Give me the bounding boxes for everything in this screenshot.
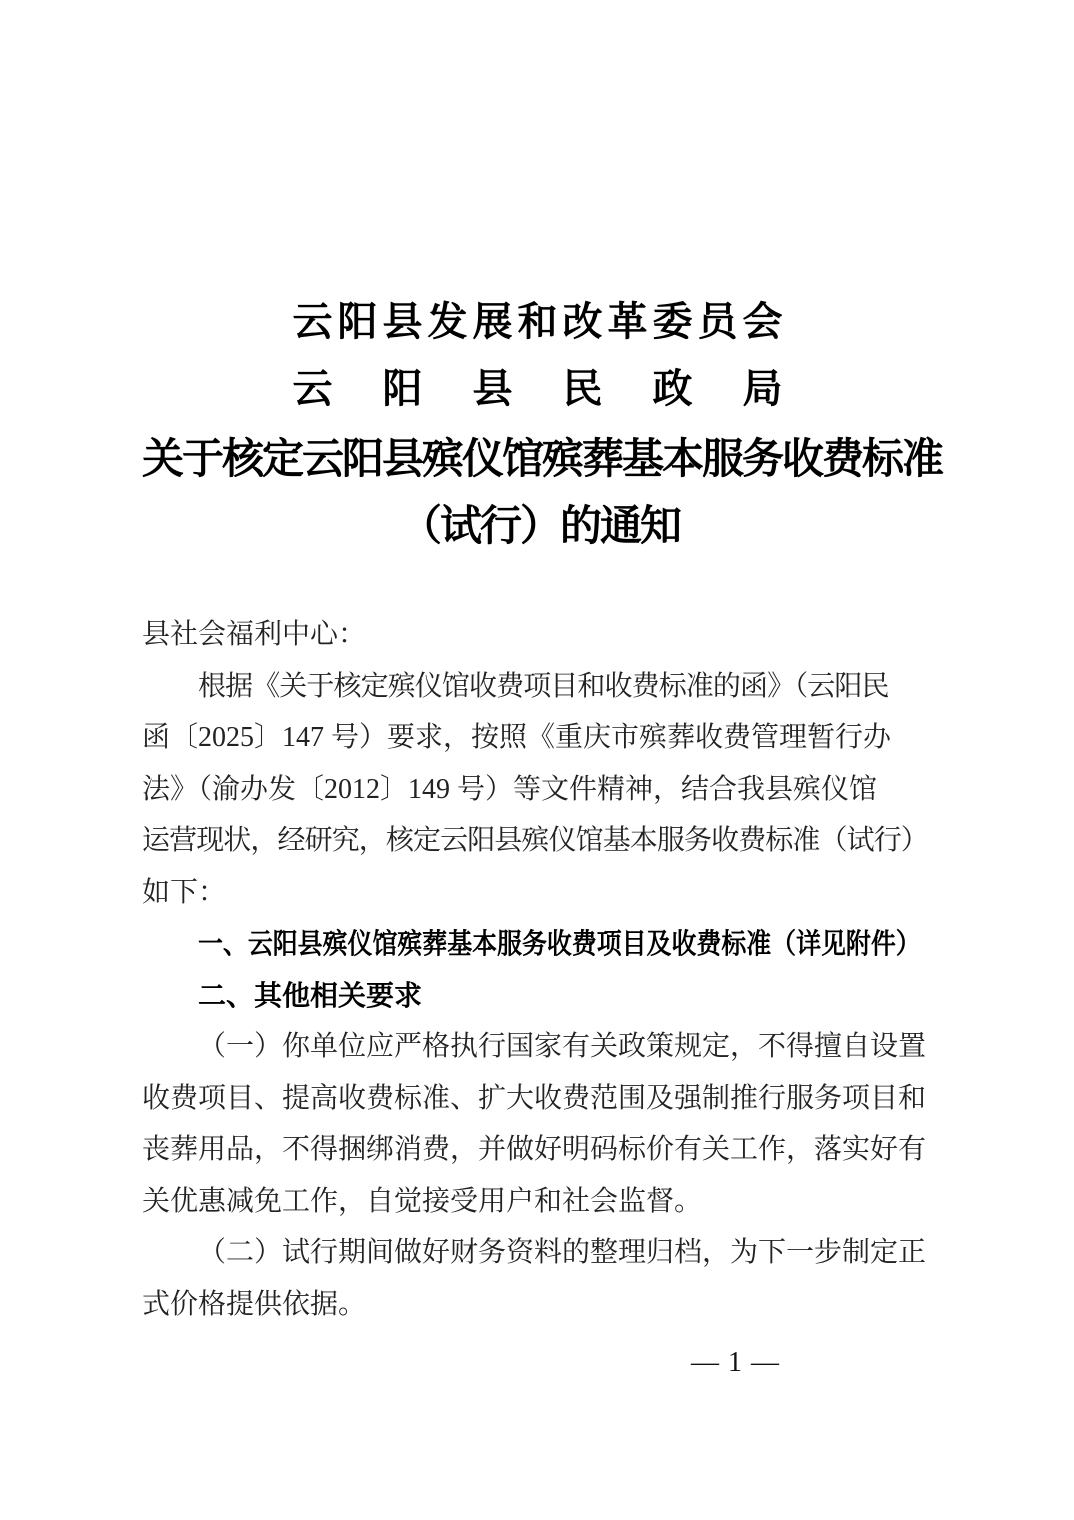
section-2-heading: 二、其他相关要求 [142,970,938,1022]
doc-title-line-2: （试行）的通知 [142,494,938,561]
doc-title-line-1: 关于核定云阳县殡仪馆殡葬基本服务收费标准 [142,427,938,494]
section-1-heading-text: 一、云阳县殡仪馆殡葬基本服务收费项目及收费标准（详见附件） [198,918,921,970]
doc-header: 云阳县发展和改革委员会 云 阳 县 民 政 局 关于核定云阳县殡仪馆殡葬基本服务… [142,288,938,561]
paragraph-line: 如下： [142,867,938,919]
org-name-line-2: 云 阳 县 民 政 局 [142,355,938,422]
paragraph-line: 式价格提供依据。 [142,1279,938,1331]
document-page: 云阳县发展和改革委员会 云 阳 县 民 政 局 关于核定云阳县殡仪馆殡葬基本服务… [0,0,1074,1520]
paragraph-line: （二）试行期间做好财务资料的整理归档，为下一步制定正 [142,1227,938,1279]
section-1-heading: 一、云阳县殡仪馆殡葬基本服务收费项目及收费标准（详见附件） [142,918,938,970]
paragraph-line: 关优惠减免工作，自觉接受用户和社会监督。 [142,1176,938,1228]
doc-body: 县社会福利中心： 根据《关于核定殡仪馆收费项目和收费标准的函》（云阳民 函〔20… [142,609,938,1330]
paragraph-line: 收费项目、提高收费标准、扩大收费范围及强制推行服务项目和 [142,1073,938,1125]
paragraph-line: 法》（渝办发〔2012〕149 号）等文件精神，结合我县殡仪馆 [142,764,938,816]
salutation-line: 县社会福利中心： [142,609,938,661]
paragraph-line: 丧葬用品，不得捆绑消费，并做好明码标价有关工作，落实好有 [142,1124,938,1176]
paragraph-line: 根据《关于核定殡仪馆收费项目和收费标准的函》（云阳民 [142,661,938,713]
org-name-line-1: 云阳县发展和改革委员会 [142,288,938,355]
doc-title: 关于核定云阳县殡仪馆殡葬基本服务收费标准 （试行）的通知 [142,427,938,561]
paragraph-line: 函〔2025〕147 号）要求，按照《重庆市殡葬收费管理暂行办 [142,712,938,764]
paragraph-line: 运营现状，经研究，核定云阳县殡仪馆基本服务收费标准（试行） [142,815,938,867]
document-content: 云阳县发展和改革委员会 云 阳 县 民 政 局 关于核定云阳县殡仪馆殡葬基本服务… [0,0,1074,1381]
page-number: — 1 — [142,1345,938,1381]
paragraph-line: （一）你单位应严格执行国家有关政策规定，不得擅自设置 [142,1021,938,1073]
